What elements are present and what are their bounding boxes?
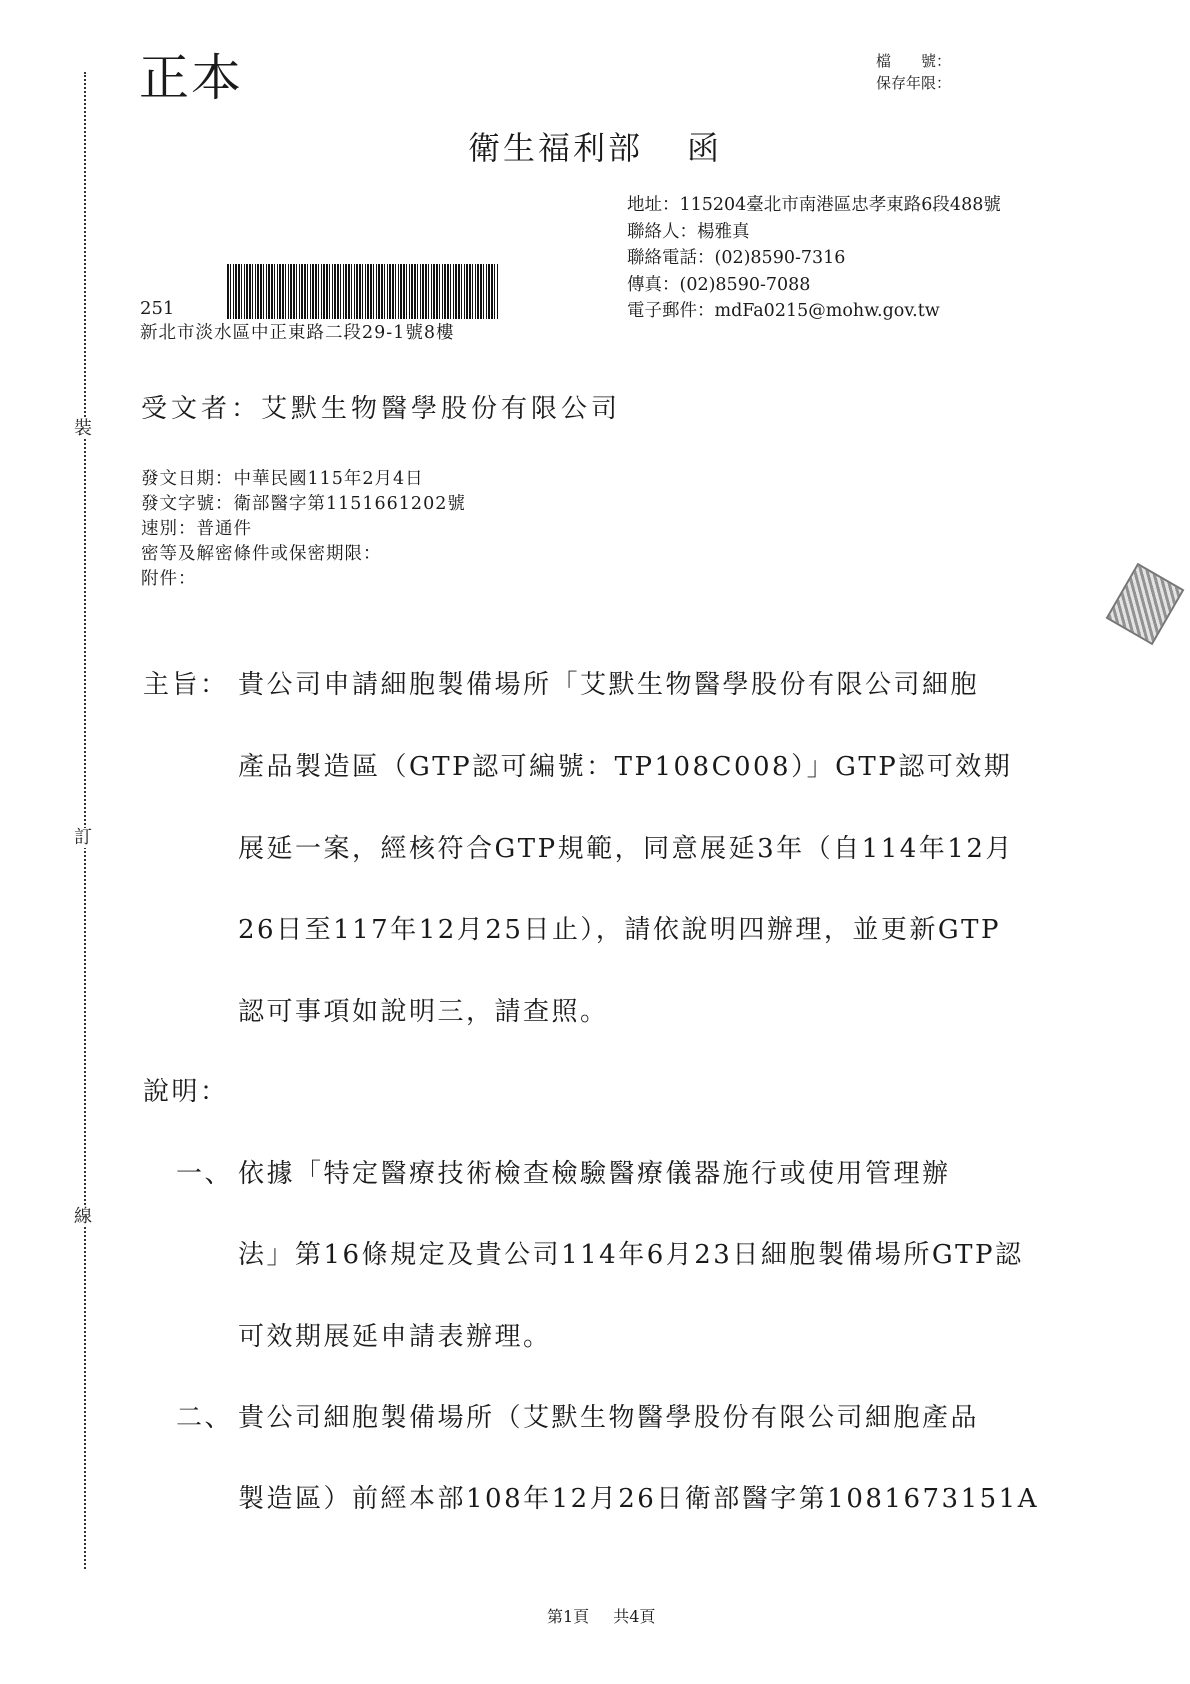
retention-label: 保存年限： bbox=[876, 72, 951, 94]
explanation-item-number: 一、 bbox=[176, 1153, 233, 1190]
barcode-image bbox=[227, 264, 498, 319]
document-title: 衛生福利部函 bbox=[468, 128, 722, 168]
document-number: 發文字號：衛部醫字第1151661202號 bbox=[141, 492, 466, 517]
binding-mark-xian: 線 bbox=[74, 1207, 92, 1227]
confidentiality: 密等及解密條件或保密期限： bbox=[141, 542, 466, 567]
page-footer: 第1頁共4頁 bbox=[547, 1607, 655, 1627]
file-number-label: 檔 號： bbox=[876, 50, 951, 72]
binding-mark-ding: 訂 bbox=[74, 828, 92, 848]
mailing-zip: 251 bbox=[140, 298, 174, 320]
sender-email: 電子郵件：mdFa0215@mohw.gov.tw bbox=[627, 298, 1001, 325]
explanation-line: 貴公司細胞製備場所（艾默生物醫學股份有限公司細胞產品 bbox=[238, 1397, 979, 1434]
subject-line: 認可事項如說明三，請查照。 bbox=[238, 991, 609, 1028]
sender-contact: 聯絡人：楊雅真 bbox=[627, 219, 1001, 246]
priority: 速別：普通件 bbox=[141, 517, 466, 542]
explanation-line: 可效期展延申請表辦理。 bbox=[238, 1316, 552, 1353]
attachments: 附件： bbox=[141, 567, 466, 592]
sender-fax: 傳真：(02)8590-7088 bbox=[627, 272, 1001, 299]
sender-address: 地址：115204臺北市南港區忠孝東路6段488號 bbox=[627, 192, 1001, 219]
copy-stamp: 正本 bbox=[139, 50, 243, 106]
page-number: 第1頁 bbox=[547, 1607, 589, 1626]
subject-label: 主旨： bbox=[143, 664, 229, 701]
subject-line: 貴公司申請細胞製備場所「艾默生物醫學股份有限公司細胞 bbox=[238, 664, 979, 701]
document-type: 函 bbox=[687, 129, 722, 167]
subject-line: 26日至117年12月25日止），請依說明四辦理，並更新GTP bbox=[238, 909, 1001, 946]
explanation-label: 說明： bbox=[143, 1071, 229, 1108]
explanation-line: 依據「特定醫療技術檢查檢驗醫療儀器施行或使用管理辦 bbox=[238, 1153, 951, 1190]
document-meta: 發文日期：中華民國115年2月4日 發文字號：衛部醫字第1151661202號 … bbox=[141, 467, 466, 592]
explanation-line: 製造區）前經本部108年12月26日衛部醫字第1081673151A bbox=[238, 1478, 1039, 1515]
page-total: 共4頁 bbox=[613, 1607, 655, 1626]
explanation-line: 法」第16條規定及貴公司114年6月23日細胞製備場所GTP認 bbox=[238, 1234, 1023, 1271]
binding-mark-zhuang: 裝 bbox=[74, 419, 92, 439]
subject-line: 產品製造區（GTP認可編號：TP108C008）」GTP認可效期 bbox=[238, 746, 1012, 783]
subject-line: 展延一案，經核符合GTP規範，同意展延3年（自114年12月 bbox=[238, 828, 1014, 865]
explanation-item-number: 二、 bbox=[176, 1397, 233, 1434]
agency-name: 衛生福利部 bbox=[468, 129, 643, 167]
recipient: 受文者：艾默生物醫學股份有限公司 bbox=[141, 392, 621, 426]
sender-phone: 聯絡電話：(02)8590-7316 bbox=[627, 245, 1001, 272]
binding-line bbox=[84, 72, 86, 1569]
mailing-address: 新北市淡水區中正東路二段29-1號8樓 bbox=[140, 322, 454, 344]
file-meta: 檔 號： 保存年限： bbox=[876, 50, 951, 94]
sender-info: 地址：115204臺北市南港區忠孝東路6段488號 聯絡人：楊雅真 聯絡電話：(… bbox=[627, 192, 1001, 325]
seal-stamp-icon bbox=[1106, 563, 1185, 645]
issue-date: 發文日期：中華民國115年2月4日 bbox=[141, 467, 466, 492]
